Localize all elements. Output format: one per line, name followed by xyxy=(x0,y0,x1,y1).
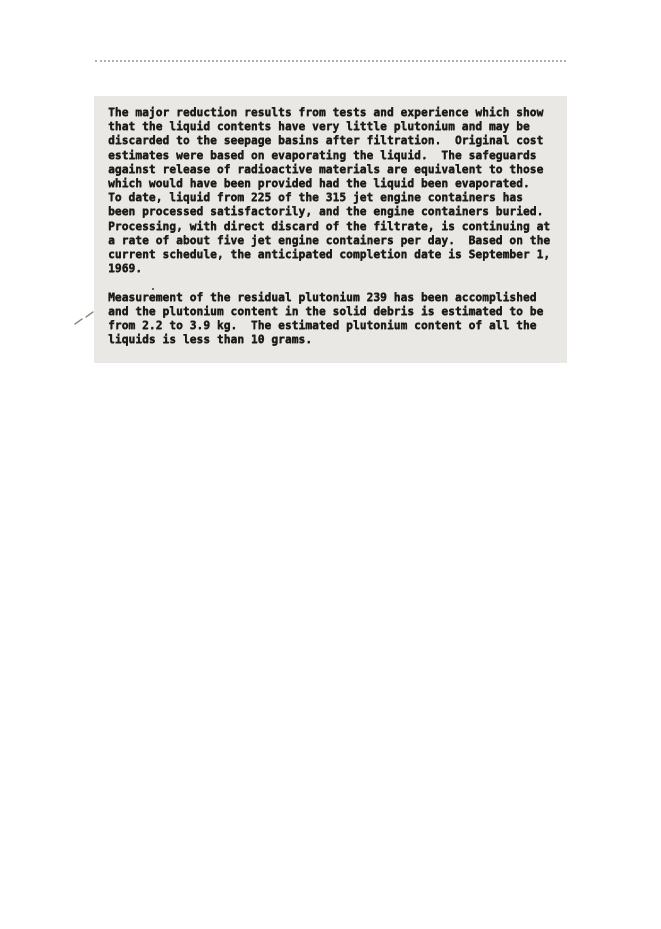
document-text: The major reduction results from tests a… xyxy=(108,106,567,347)
text-line: that the liquid contents have very littl… xyxy=(108,120,567,134)
dotted-separator-rule xyxy=(95,60,566,62)
text-line: 1969. xyxy=(108,262,567,276)
ink-speck xyxy=(152,288,154,290)
text-line: from 2.2 to 3.9 kg. The estimated pluton… xyxy=(108,319,567,333)
text-line: and the plutonium content in the solid d… xyxy=(108,305,567,319)
text-line: which would have been provided had the l… xyxy=(108,177,567,191)
text-line: against release of radioactive materials… xyxy=(108,163,567,177)
paragraph: Measurement of the residual plutonium 23… xyxy=(108,291,567,348)
text-line: To date, liquid from 225 of the 315 jet … xyxy=(108,191,567,205)
paragraph: The major reduction results from tests a… xyxy=(108,106,567,276)
pencil-mark-icon xyxy=(74,308,100,328)
text-line: Measurement of the residual plutonium 23… xyxy=(108,291,567,305)
document-text-box: The major reduction results from tests a… xyxy=(94,96,567,363)
text-line: liquids is less than 10 grams. xyxy=(108,333,567,347)
text-line: estimates were based on evaporating the … xyxy=(108,149,567,163)
scanned-document-page: { "page": { "background": "#ffffff", "ru… xyxy=(0,0,661,929)
text-line: been processed satisfactorily, and the e… xyxy=(108,205,567,219)
text-line: discarded to the seepage basins after fi… xyxy=(108,134,567,148)
text-line: current schedule, the anticipated comple… xyxy=(108,248,567,262)
text-line: a rate of about five jet engine containe… xyxy=(108,234,567,248)
text-line: Processing, with direct discard of the f… xyxy=(108,220,567,234)
text-line: The major reduction results from tests a… xyxy=(108,106,567,120)
